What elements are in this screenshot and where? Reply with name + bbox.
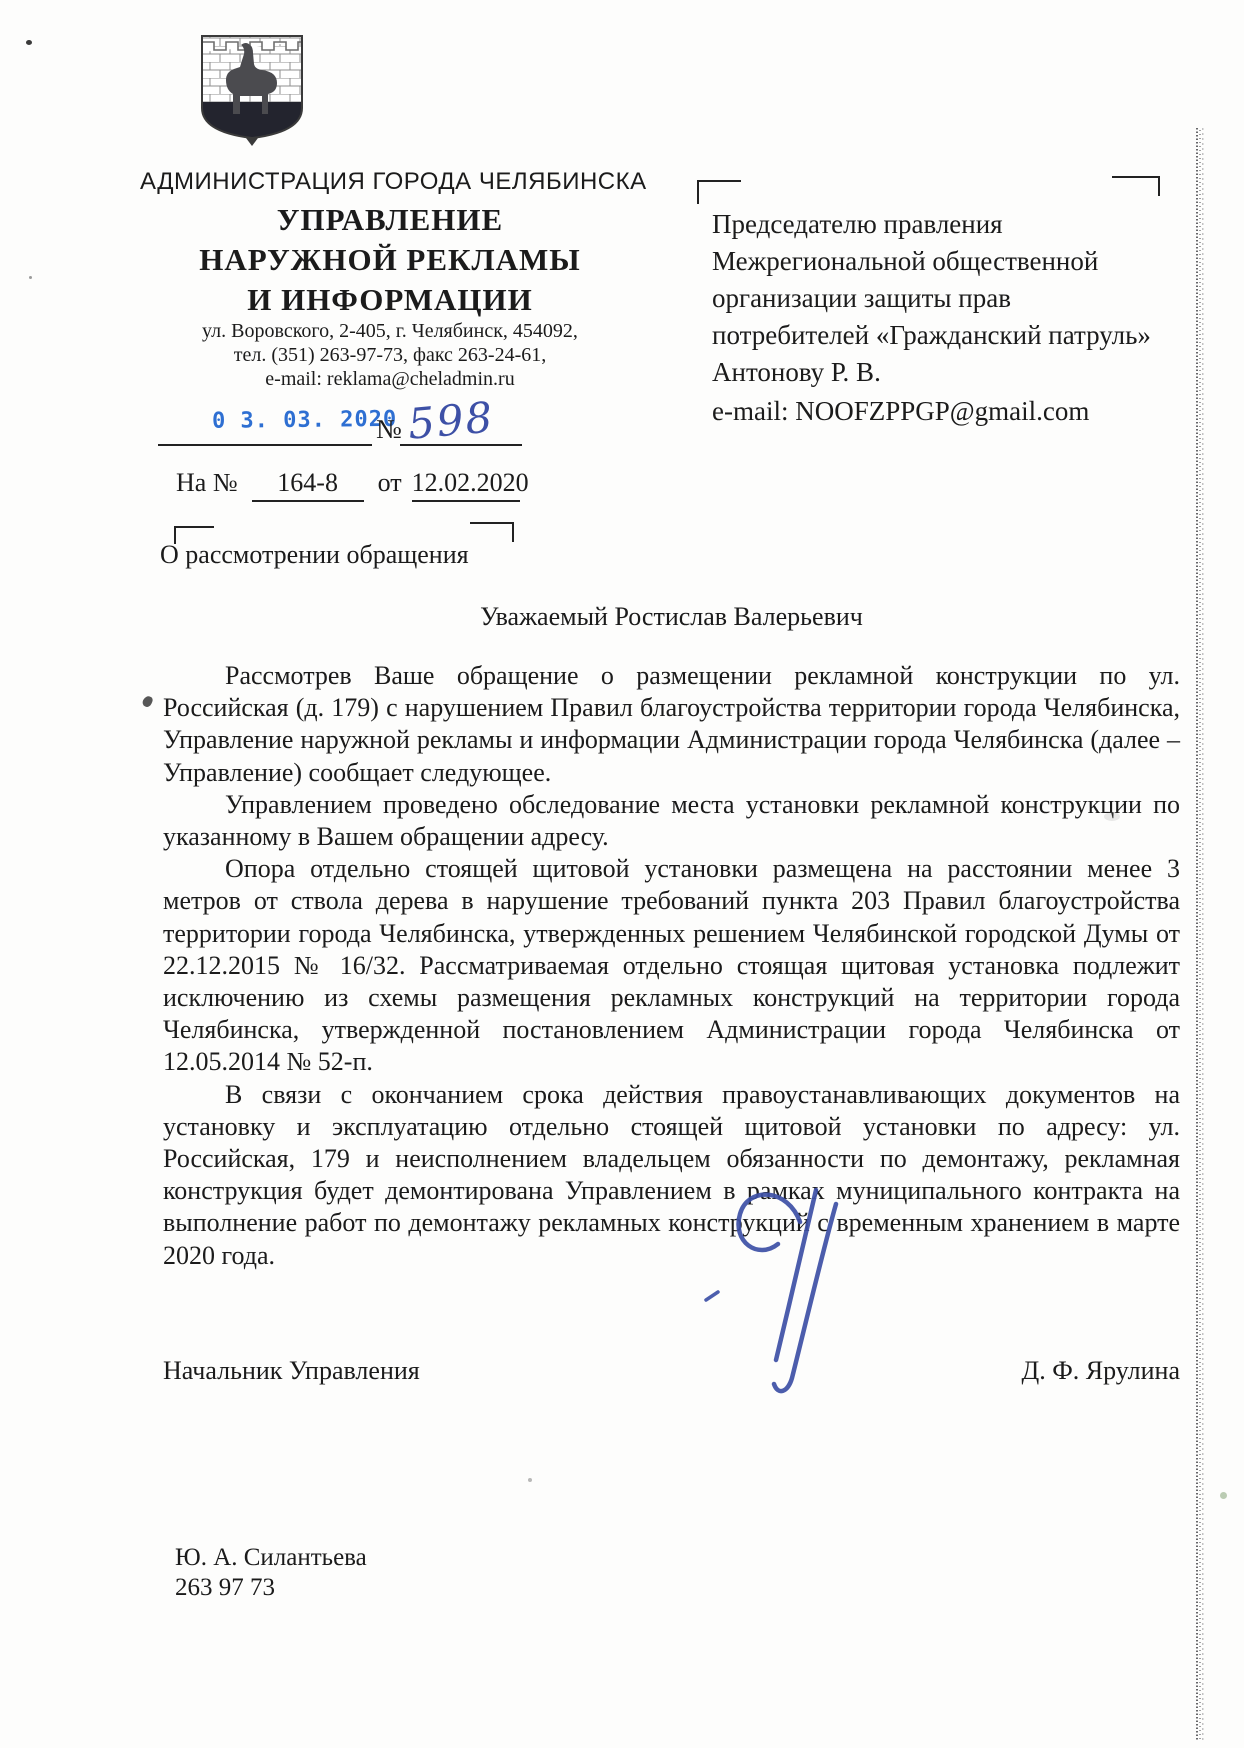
scan-speck <box>528 1478 532 1482</box>
incoming-date: 12.02.2020 <box>412 468 520 502</box>
scan-smudge <box>1104 812 1120 821</box>
letter-body: Рассмотрев Ваше обращение о размещении р… <box>163 660 1180 1272</box>
scan-speck-green <box>1220 1492 1227 1499</box>
recipient-email: e-mail: NOOFZPPGP@gmail.com <box>712 396 1089 427</box>
body-paragraph: Опора отдельно стоящей щитовой установки… <box>163 853 1180 1078</box>
salutation: Уважаемый Ростислав Валерьевич <box>163 602 1180 632</box>
body-paragraph: В связи с окончанием срока действия прав… <box>163 1079 1180 1272</box>
executor-phone: 263 97 73 <box>175 1574 275 1602</box>
scanned-letter-page: АДМИНИСТРАЦИЯ ГОРОДА ЧЕЛЯБИНСКА УПРАВЛЕН… <box>0 0 1244 1748</box>
scan-bleedthrough-strip <box>1196 128 1204 1740</box>
outgoing-date-stamp: 0 3. 03. 2020 <box>212 407 362 434</box>
scan-speck <box>29 276 32 279</box>
department-name-line3: И ИНФОРМАЦИИ <box>140 282 640 318</box>
recipient-line: Председателю правления <box>712 206 1182 243</box>
letterhead-phone-fax: тел. (351) 263-97-73, факс 263-24-61, <box>140 344 640 367</box>
body-paragraph: Управлением проведено обследование места… <box>163 789 1180 853</box>
from-label: от <box>378 468 402 497</box>
number-sign: № <box>376 414 402 445</box>
letterhead-address: ул. Воровского, 2-405, г. Челябинск, 454… <box>140 320 640 343</box>
signer-name: Д. Ф. Ярулина <box>163 1356 1180 1386</box>
scan-speck <box>26 40 32 45</box>
recipient-line: организации защиты прав <box>712 280 1182 317</box>
body-paragraph: Рассмотрев Ваше обращение о размещении р… <box>163 660 1180 789</box>
top-right-corner-bracket <box>1112 176 1160 196</box>
recipient-block: Председателю правления Межрегиональной о… <box>712 206 1182 391</box>
recipient-line: потребителей «Гражданский патруль» <box>712 317 1182 354</box>
shield-dark-base <box>202 102 302 140</box>
coat-of-arms-emblem <box>200 30 304 146</box>
department-name-line2: НАРУЖНОЙ РЕКЛАМЫ <box>140 242 640 278</box>
number-underline <box>400 444 522 446</box>
subject-line: О рассмотрении обращения <box>160 540 469 570</box>
incoming-number: 164-8 <box>252 468 364 502</box>
signature-ink-icon <box>700 1180 880 1406</box>
handwritten-signature <box>700 1180 880 1406</box>
recipient-line: Антонову Р. В. <box>712 354 1182 391</box>
reply-reference-row: На №164-8от12.02.2020 <box>176 468 520 502</box>
executor-name: Ю. А. Силантьева <box>175 1544 367 1572</box>
reply-label: На № <box>176 468 238 497</box>
shield-pendant <box>246 138 258 146</box>
handwritten-outgoing-number: 598 <box>406 392 496 448</box>
organization-name: АДМИНИСТРАЦИЯ ГОРОДА ЧЕЛЯБИНСКА <box>140 168 640 196</box>
recipient-corner-bracket <box>697 180 741 204</box>
letterhead-email: e-mail: reklama@cheladmin.ru <box>140 368 640 391</box>
subject-right-bracket <box>470 522 514 542</box>
coat-of-arms-icon <box>200 30 304 146</box>
department-name-line1: УПРАВЛЕНИЕ <box>140 202 640 238</box>
recipient-line: Межрегиональной общественной <box>712 243 1182 280</box>
date-underline <box>158 444 372 446</box>
scan-speck <box>141 695 154 709</box>
